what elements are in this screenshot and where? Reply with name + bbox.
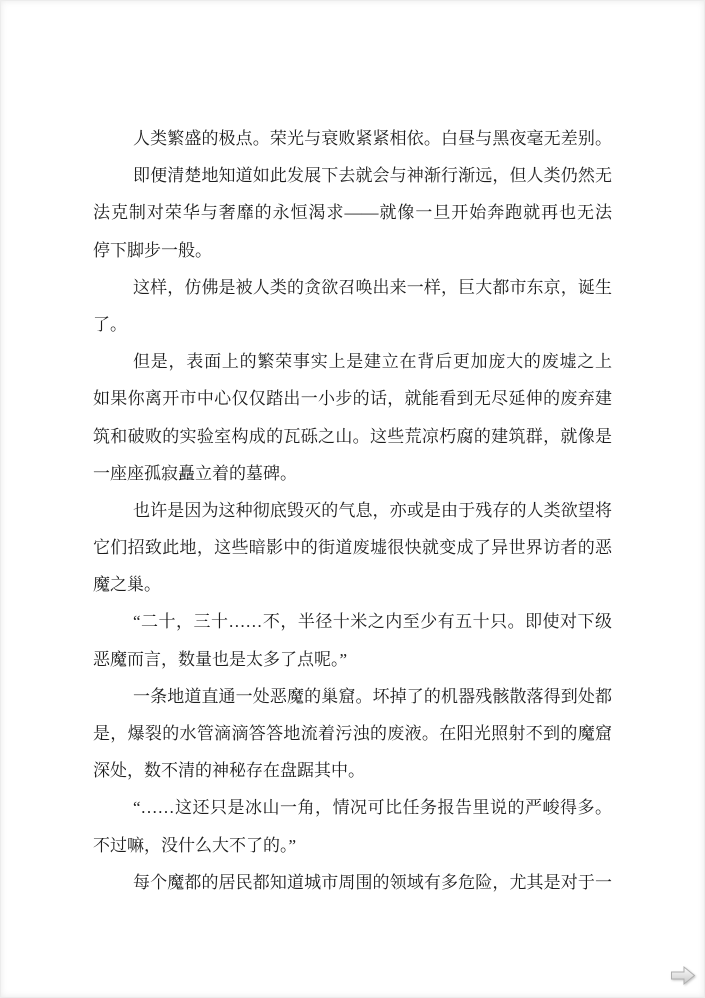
text-line: 这样，仿佛是被人类的贪欲召唤出来一样，巨大都市东京，诞生 (93, 269, 612, 306)
text-line: 了。 (93, 306, 612, 343)
text-line: 一条地道直通一处恶魔的巢窟。坏掉了的机器残骸散落得到处都 (93, 678, 612, 715)
text-line: 每个魔都的居民都知道城市周围的领域有多危险，尤其是对于一 (93, 864, 612, 901)
text-line: 即便清楚地知道如此发展下去就会与神渐行渐远，但人类仍然无 (93, 157, 612, 194)
text-line: 也许是因为这种彻底毁灭的气息，亦或是由于残存的人类欲望将 (93, 492, 612, 529)
text-line: “二十，三十……不，半径十米之内至少有五十只。即使对下级 (93, 603, 612, 640)
text-line: “……这还只是冰山一角，情况可比任务报告里说的严峻得多。 (93, 789, 612, 826)
next-page-button[interactable] (670, 965, 696, 986)
reader-page: 人类繁盛的极点。荣光与衰败紧紧相依。白昼与黑夜毫无差别。即便清楚地知道如此发展下… (0, 0, 705, 998)
text-line: 它们招致此地，这些暗影中的街道废墟很快就变成了异世界访者的恶 (93, 529, 612, 566)
text-line: 深处，数不清的神秘存在盘踞其中。 (93, 752, 612, 789)
text-line: 筑和破败的实验室构成的瓦砾之山。这些荒凉朽腐的建筑群，就像是 (93, 418, 612, 455)
text-line: 是，爆裂的水管滴滴答答地流着污浊的废液。在阳光照射不到的魔窟 (93, 715, 612, 752)
text-line: 恶魔而言，数量也是太多了点呢。” (93, 641, 612, 678)
text-line: 一座座孤寂矗立着的墓碑。 (93, 455, 612, 492)
text-line: 但是，表面上的繁荣事实上是建立在背后更加庞大的废墟之上的。 (93, 343, 612, 380)
text-line: 魔之巢。 (93, 566, 612, 603)
text-line: 法克制对荣华与奢靡的永恒渴求——就像一旦开始奔跑就再也无法 (93, 194, 612, 231)
body-text: 人类繁盛的极点。荣光与衰败紧紧相依。白昼与黑夜毫无差别。即便清楚地知道如此发展下… (93, 120, 612, 901)
text-line: 不过嘛，没什么大不了的。” (93, 827, 612, 864)
text-line: 停下脚步一般。 (93, 232, 612, 269)
text-line: 人类繁盛的极点。荣光与衰败紧紧相依。白昼与黑夜毫无差别。 (93, 120, 612, 157)
text-line: 如果你离开市中心仅仅踏出一小步的话，就能看到无尽延伸的废弃建 (93, 380, 612, 417)
next-page-arrow-icon (670, 965, 696, 986)
